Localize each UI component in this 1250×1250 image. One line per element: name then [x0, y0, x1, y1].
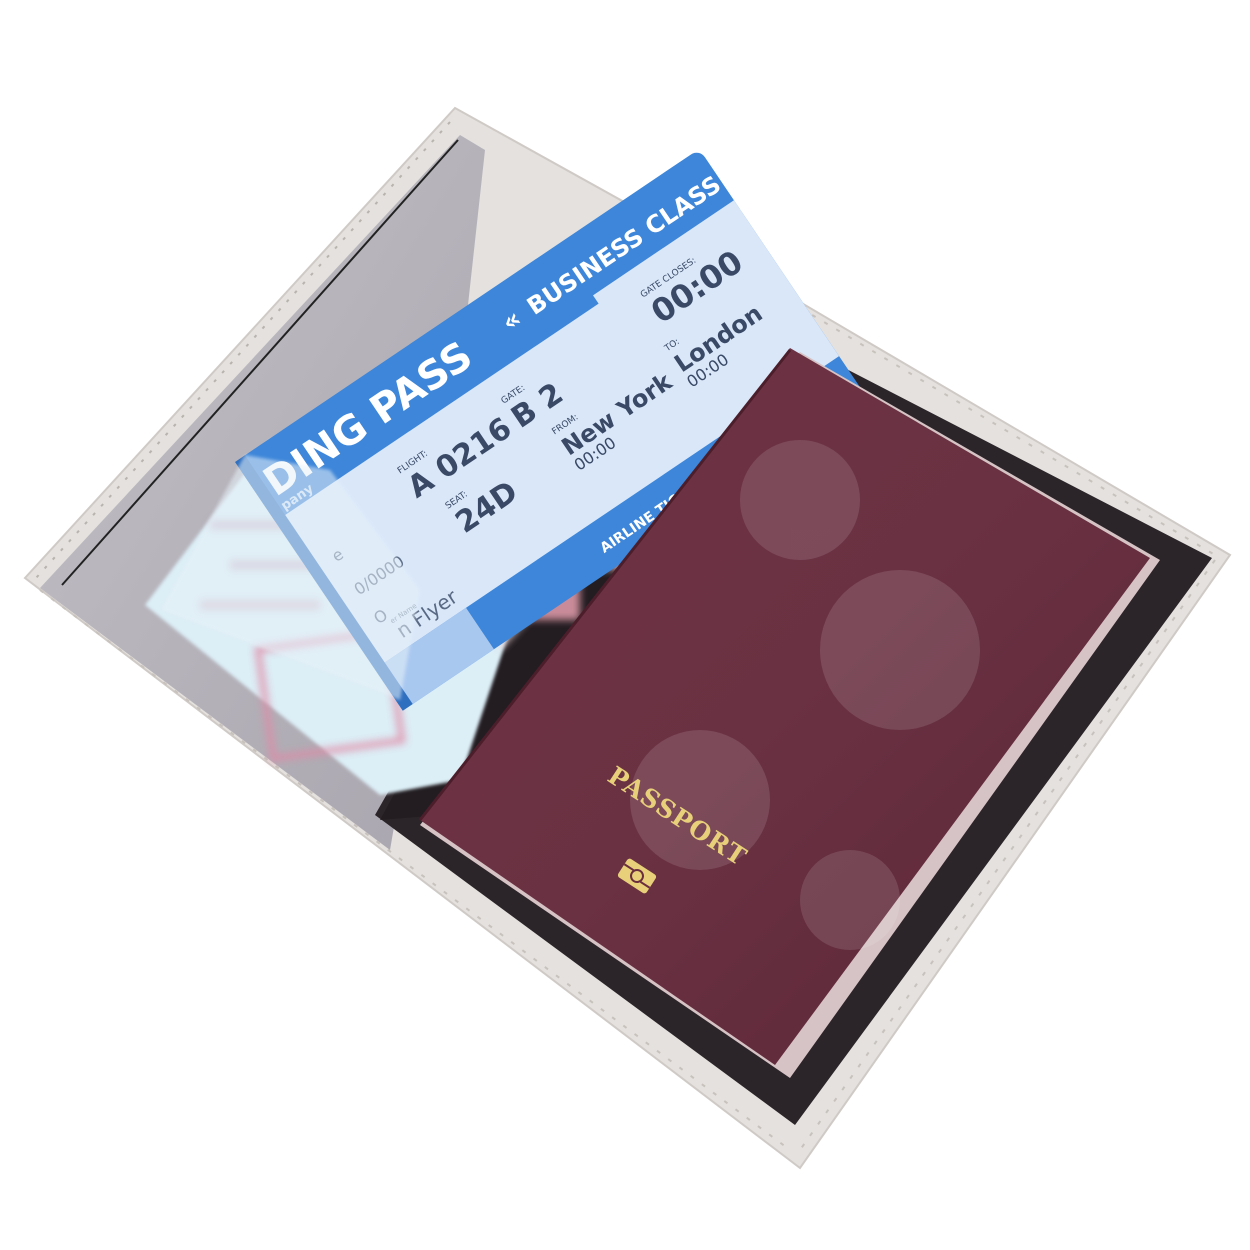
- product-photo: DING PASS pany « BUSINESS CLASS FLIGHT: …: [0, 0, 1250, 1250]
